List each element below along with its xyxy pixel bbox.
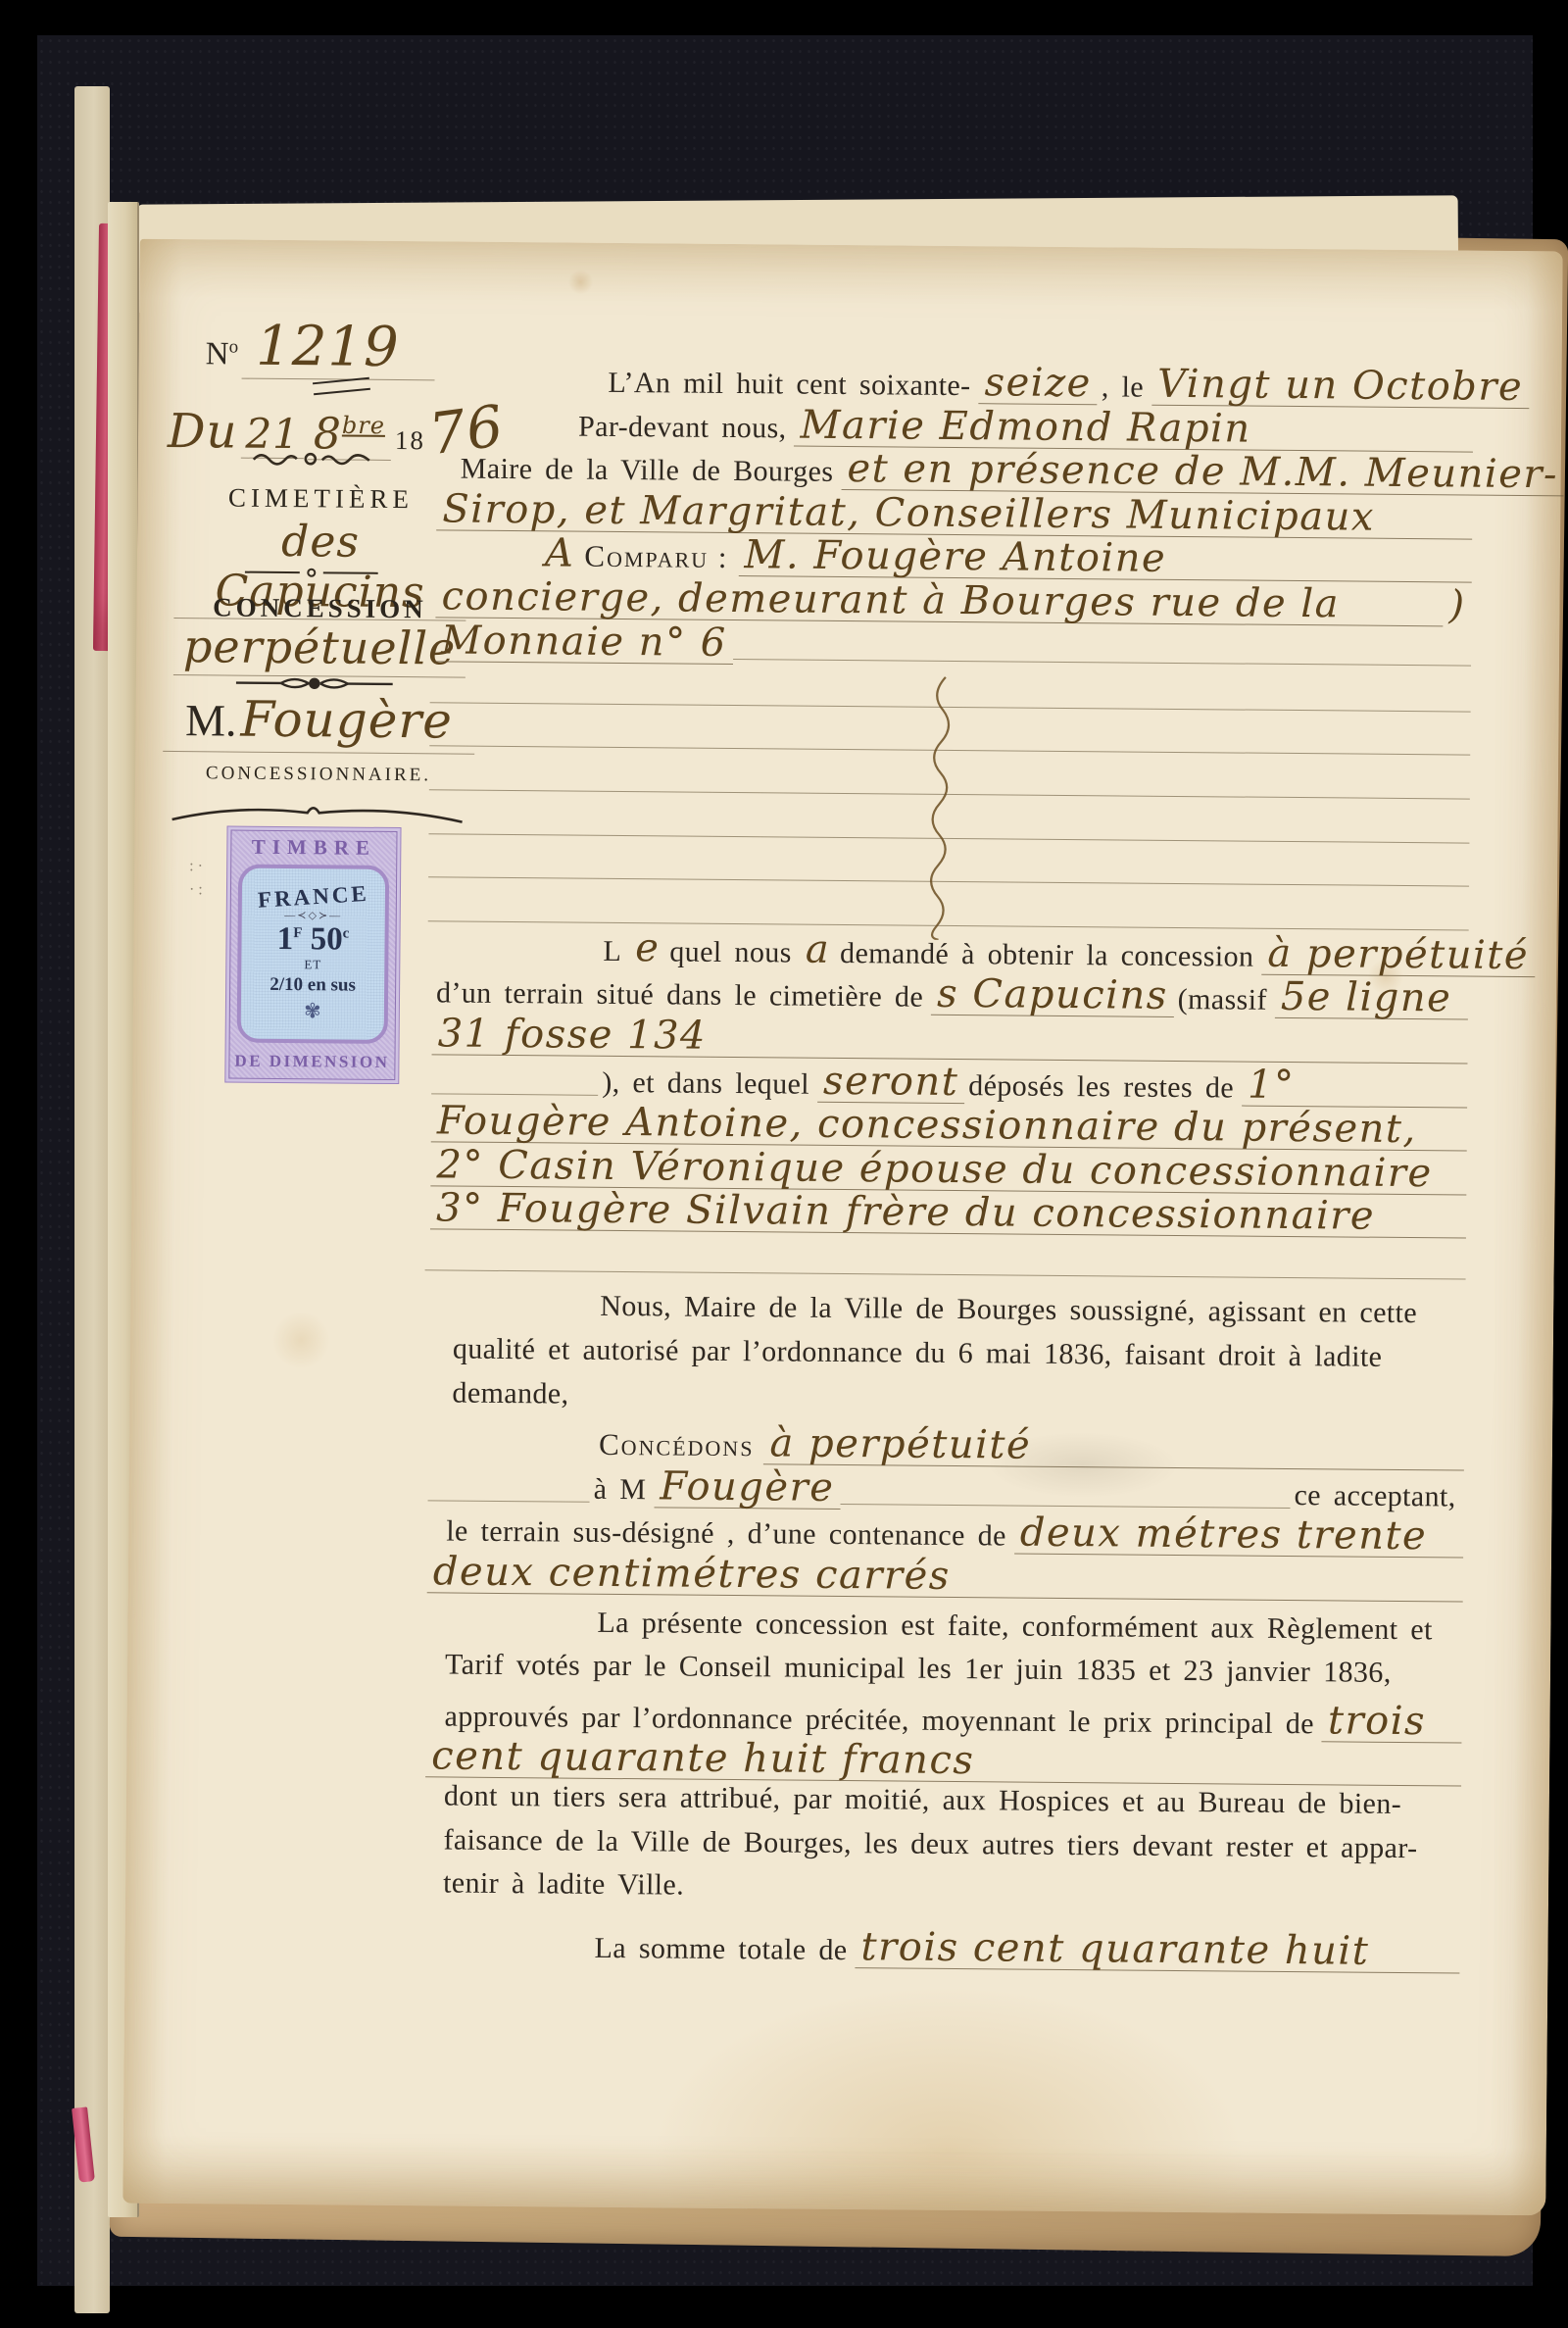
handwritten-text: trois: [1322, 1700, 1462, 1743]
stamp-inner-panel: FRANCE —≺◇≻— 1F 50c ET 2/10 en sus ✾: [237, 865, 390, 1044]
holder-name-handwritten: Fougère: [240, 691, 453, 750]
printed-text: Maire de la Ville de Bourges: [457, 453, 842, 489]
handwritten-text: à perpétuité: [763, 1423, 1464, 1471]
stamp-country: FRANCE: [257, 880, 369, 913]
number-label-superscript: o: [229, 337, 239, 358]
handwritten-text: Monnaie n° 6: [435, 619, 733, 665]
short-divider-icon: [245, 566, 378, 580]
stamp-ornament-icon: —≺◇≻—: [284, 911, 342, 922]
holder-title-prefix: M.: [185, 695, 237, 745]
handwritten-text: et en présence de M.M. Meunier-: [841, 448, 1564, 496]
handwritten-text: 31 fosse 134: [432, 1013, 1468, 1064]
handwritten-text: deux centimétres carrés: [427, 1551, 1463, 1602]
printed-text: qualité et autorisé par l’ordonnance du …: [449, 1333, 1391, 1374]
printed-text: Tarif votés par le Conseil municipal les…: [441, 1649, 1399, 1691]
printed-text: Comparu :: [580, 539, 738, 575]
handwritten-text: seize: [978, 362, 1098, 405]
printed-text: Concédons: [595, 1427, 764, 1464]
double-underline-flourish-icon: [313, 377, 370, 395]
handwritten-text: a: [800, 928, 837, 969]
document-page: No 1219 Du 21 8bre 18 76 CIMETIÈRE des C…: [122, 239, 1562, 2216]
printed-text: Nous, Maire de la Ville de Bourges souss…: [596, 1290, 1425, 1330]
printed-text: Par-devant nous,: [574, 410, 795, 445]
document-line: deux centimétres carrés: [422, 1551, 1463, 1604]
printed-text: L: [599, 935, 629, 968]
document-body-lines: L’An mil huit cent soixante-seize, leVin…: [418, 357, 1473, 1975]
printed-text: La somme totale de: [590, 1932, 855, 1967]
date-prefix: Du: [168, 404, 238, 460]
number-label: No: [206, 336, 239, 371]
ruled-line: [428, 1498, 590, 1503]
stamp-value: 1F 50c: [277, 922, 350, 957]
printed-text: le terrain sus-désigné , d’une contenanc…: [442, 1515, 1014, 1554]
printed-text: La présente concession est faite, confor…: [593, 1606, 1441, 1647]
printed-text: demande,: [448, 1376, 576, 1411]
stamp-top-label: TIMBRE: [231, 831, 396, 864]
brace-flourish-icon: [171, 800, 465, 828]
printed-text: , le: [1098, 371, 1152, 404]
printed-text: (massif: [1174, 983, 1275, 1017]
handwritten-text: A: [539, 533, 581, 574]
printed-text: quel nous: [665, 935, 800, 969]
act-number-row: No 1219: [206, 314, 435, 379]
stamp-et-label: ET: [304, 958, 321, 973]
document-line: tenir à ladite Ville.: [419, 1866, 1460, 1919]
printed-text: L’An mil huit cent soixante-: [604, 367, 978, 403]
printed-text: d’un terrain situé dans le cimetière de: [432, 977, 931, 1015]
handwritten-text: M. Fougère Antoine: [738, 534, 1472, 583]
printed-text: ce acceptant,: [1290, 1479, 1463, 1514]
handwritten-text: seront: [817, 1060, 965, 1103]
handwritten-text: Sirop, et Margritat, Conseillers Municip…: [436, 488, 1472, 539]
stamp-rosette-icon: ✾: [304, 1000, 321, 1024]
handwritten-text: s Capucins: [931, 973, 1174, 1017]
margin-pencil-dots: : ·· :: [189, 855, 203, 902]
handwritten-text: cent quarante huit francs: [425, 1736, 1461, 1787]
handwritten-text: Marie Edmond Rapin: [794, 404, 1473, 452]
ruled-blank-line: [425, 1231, 1466, 1284]
concession-holder-row: M. Fougère: [163, 690, 475, 755]
concession-type-handwritten: perpétuelle: [172, 619, 465, 678]
printed-text: tenir à ladite Ville.: [439, 1867, 692, 1903]
blank-space-squiggle-icon: [926, 675, 957, 940]
stamp-surcharge: 2/10 en sus: [269, 974, 356, 997]
cemetery-title: CIMETIÈRE: [165, 482, 476, 516]
ruled-line: [431, 1090, 598, 1095]
printed-text: à M: [590, 1473, 655, 1508]
handwritten-text: 1°: [1242, 1064, 1468, 1108]
date-month-superscript: bre: [342, 412, 385, 439]
printed-text: ), et dans lequel: [598, 1065, 817, 1101]
printed-text: demandé à obtenir la concession: [836, 937, 1262, 974]
printed-text: dont un tiers sera attribué, par moitié,…: [440, 1779, 1409, 1821]
handwritten-text: 5e ligne: [1275, 976, 1469, 1020]
printed-text: déposés les restes de: [964, 1069, 1242, 1105]
handwritten-text: Vingt un Octobre: [1151, 364, 1529, 409]
handwritten-text: ): [1443, 584, 1471, 625]
date-century: 18: [395, 425, 425, 455]
handwritten-text: 3° Fougère Silvain frère du concessionna…: [430, 1188, 1466, 1239]
handwritten-text: trois cent quarante huit: [855, 1926, 1459, 1973]
handwritten-text: Fougère: [654, 1465, 840, 1510]
handwritten-text: e: [629, 927, 666, 968]
photo-background: No 1219 Du 21 8bre 18 76 CIMETIÈRE des C…: [37, 35, 1533, 2286]
act-number-value: 1219: [242, 315, 435, 381]
handwritten-text: deux métres trente: [1014, 1512, 1464, 1559]
document-line: La somme totale detrois cent quarante hu…: [418, 1922, 1459, 1975]
revenue-stamp: TIMBRE FRANCE —≺◇≻— 1F 50c ET 2/10 en su…: [228, 830, 397, 1080]
ruled-line: [733, 656, 1471, 667]
flourish-divider-icon: [252, 450, 373, 471]
stamp-bottom-label: DE DIMENSION: [229, 1045, 394, 1079]
ruled-line: [425, 1267, 1466, 1280]
concessionnaire-caption: CONCESSIONNAIRE.: [163, 763, 474, 787]
ruled-line: [840, 1501, 1290, 1509]
handwritten-text: à perpétuité: [1261, 932, 1535, 976]
